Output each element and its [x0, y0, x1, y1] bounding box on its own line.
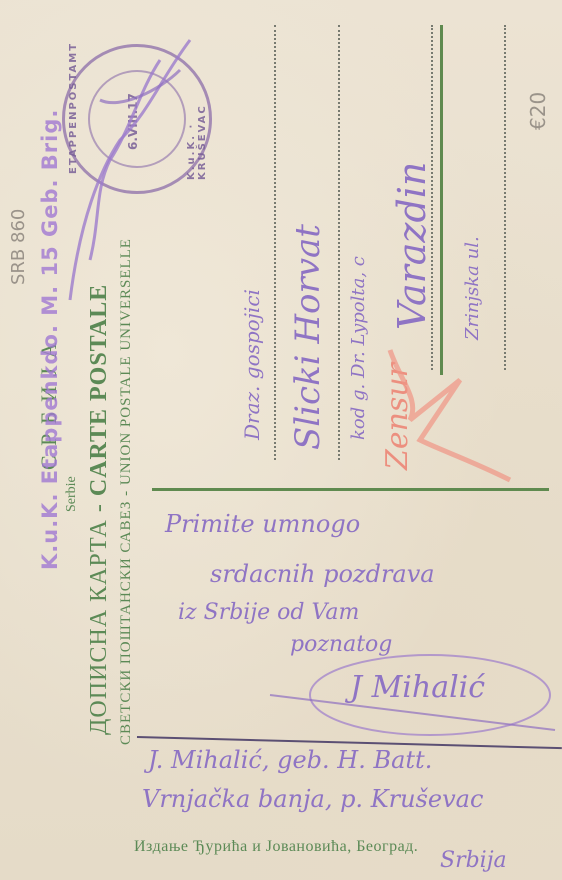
- signature-flourish: [260, 640, 560, 750]
- catalog-note: SRB 860: [8, 209, 29, 285]
- address-line5-text: Zrinjska ul.: [462, 236, 483, 340]
- postcard: С Р Б И Ј А Serbie ДОПИСНА КАРТА - CARTE…: [0, 0, 562, 880]
- union-cyrillic: СВЕТСКИ ПОШТАНСКИ САВЕЗ: [118, 501, 134, 745]
- address-divider: [440, 25, 443, 375]
- address-line-2: [338, 25, 340, 460]
- price-note: €20: [526, 92, 550, 130]
- country-french: Serbie: [64, 476, 80, 512]
- address-line3-text: kod g. Dr. Lypolta, c: [348, 256, 369, 440]
- message-line1: Primite umnogo: [165, 510, 360, 538]
- return-address-line2: Vrnjačka banja, p. Kruševac: [142, 785, 483, 813]
- message-line2: srdacnih pozdrava: [210, 560, 435, 588]
- card-title: ДОПИСНА КАРТА - CARTE POSTALE: [86, 284, 113, 735]
- postmark-cancel-scribble: [40, 20, 220, 320]
- union-separator: -: [118, 490, 134, 496]
- address-line4-text: Varazdin: [390, 162, 434, 330]
- return-address-line1: J. Mihalić, geb. H. Batt.: [148, 746, 432, 774]
- address-line-1: [274, 25, 276, 460]
- publisher-line: Издање Ђурића и Јовановића, Београд.: [134, 838, 418, 856]
- address-line-4: [504, 25, 506, 370]
- title-separator: -: [86, 503, 112, 512]
- address-line1-text: Draz. gospojici: [240, 289, 264, 440]
- return-address-line3: Srbija: [440, 848, 507, 873]
- card-title-cyrillic: ДОПИСНА КАРТА: [86, 519, 112, 735]
- address-line2-text: Slicki Horvat: [288, 224, 328, 450]
- message-line3: iz Srbije od Vam: [178, 600, 359, 625]
- red-crayon-stroke: [380, 340, 520, 490]
